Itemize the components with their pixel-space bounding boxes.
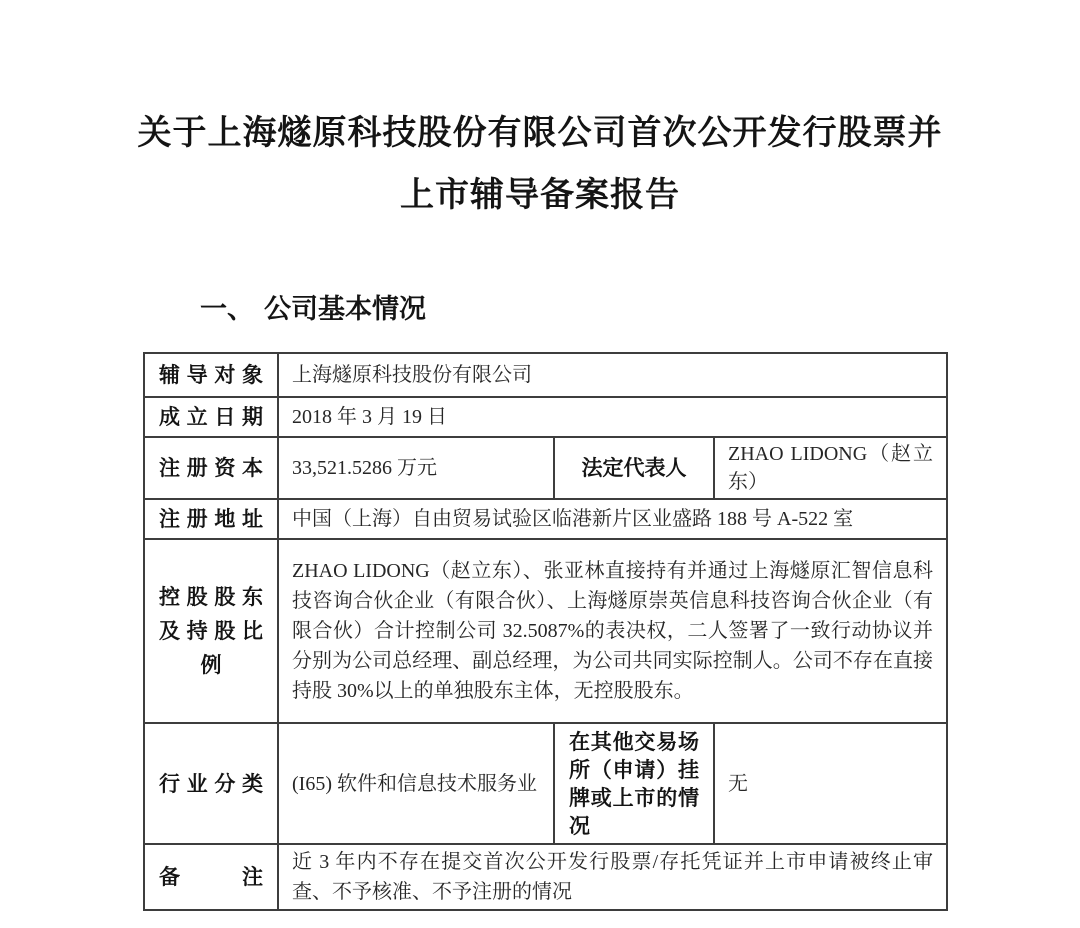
row-remarks: 备注 近 3 年内不存在提交首次公开发行股票/存托凭证并上市申请被终止审查、不予…	[144, 844, 947, 910]
row-label-cell: 控股股东及持股比例	[144, 539, 278, 723]
row-label-cell: 成立日期	[144, 397, 278, 437]
row-label-cell: 备注	[144, 844, 278, 910]
row-value2-cell: 无	[714, 723, 947, 844]
row-value-cell: 上海燧原科技股份有限公司	[278, 353, 947, 397]
row-label-cell: 注册地址	[144, 499, 278, 539]
document-title-line2: 上市辅导备案报告	[0, 164, 1080, 226]
company-info-table: 辅导对象 上海燧原科技股份有限公司 成立日期 2018 年 3 月 19 日 注…	[143, 352, 948, 911]
row-industry-classification: 行业分类 (I65) 软件和信息技术服务业 在其他交易场所（申请）挂牌或上市的情…	[144, 723, 947, 844]
section-title: 公司基本情况	[264, 294, 426, 324]
row-value2-cell: ZHAO LIDONG（赵立东）	[714, 437, 947, 499]
row-value-cell: (I65) 软件和信息技术服务业	[278, 723, 554, 844]
section-number: 一、	[200, 294, 254, 324]
row-value-cell: ZHAO LIDONG（赵立东）、张亚林直接持有并通过上海燧原汇智信息科技咨询合…	[278, 539, 947, 723]
document-page: 关于上海燧原科技股份有限公司首次公开发行股票并 上市辅导备案报告 一、公司基本情…	[0, 0, 1080, 928]
section-heading: 一、公司基本情况	[200, 292, 426, 326]
row-label2-cell: 法定代表人	[554, 437, 714, 499]
row-value-cell: 2018 年 3 月 19 日	[278, 397, 947, 437]
document-title: 关于上海燧原科技股份有限公司首次公开发行股票并 上市辅导备案报告	[0, 102, 1080, 226]
row-value-cell: 中国（上海）自由贸易试验区临港新片区业盛路 188 号 A-522 室	[278, 499, 947, 539]
row-label-cell: 辅导对象	[144, 353, 278, 397]
row-controlling-shareholder: 控股股东及持股比例 ZHAO LIDONG（赵立东）、张亚林直接持有并通过上海燧…	[144, 539, 947, 723]
row-establishment-date: 成立日期 2018 年 3 月 19 日	[144, 397, 947, 437]
row-counseling-target: 辅导对象 上海燧原科技股份有限公司	[144, 353, 947, 397]
row-registered-address: 注册地址 中国（上海）自由贸易试验区临港新片区业盛路 188 号 A-522 室	[144, 499, 947, 539]
row-value-cell: 近 3 年内不存在提交首次公开发行股票/存托凭证并上市申请被终止审查、不予核准、…	[278, 844, 947, 910]
row-label2-cell: 在其他交易场所（申请）挂牌或上市的情况	[554, 723, 714, 844]
row-label-cell: 注册资本	[144, 437, 278, 499]
row-label-cell: 行业分类	[144, 723, 278, 844]
row-registered-capital: 注册资本 33,521.5286 万元 法定代表人 ZHAO LIDONG（赵立…	[144, 437, 947, 499]
document-title-line1: 关于上海燧原科技股份有限公司首次公开发行股票并	[0, 102, 1080, 164]
row-value-cell: 33,521.5286 万元	[278, 437, 554, 499]
